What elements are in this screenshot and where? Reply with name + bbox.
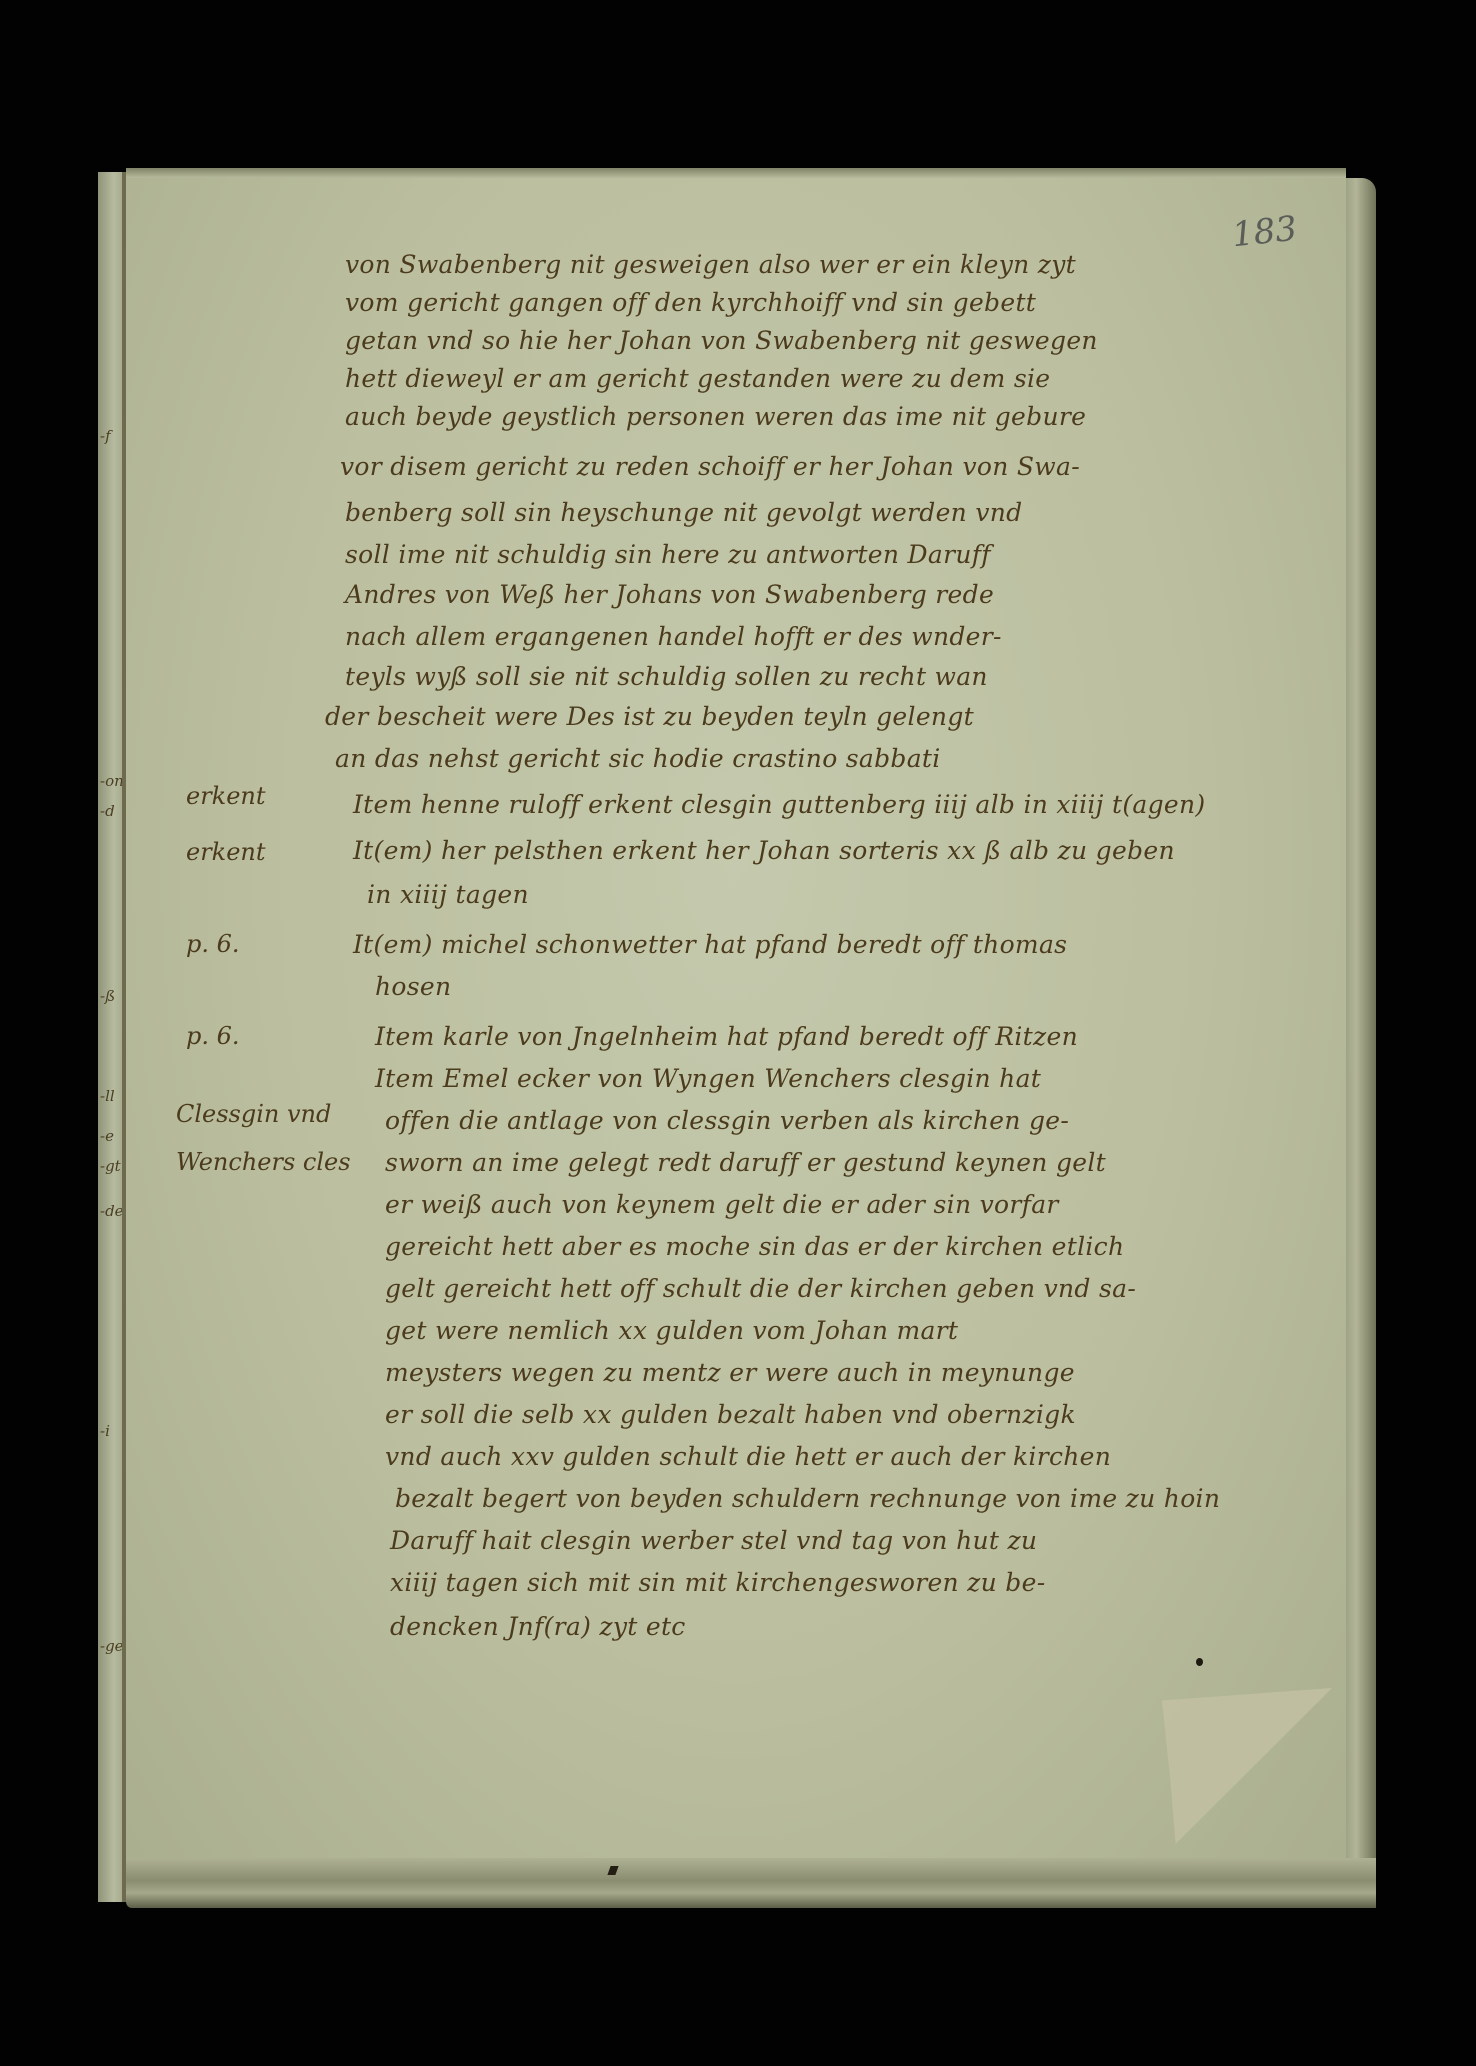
text-line: dencken Jnf(ra) zyt etc bbox=[390, 1612, 686, 1641]
text-line: gereicht hett aber es moche sin das er d… bbox=[385, 1232, 1124, 1261]
text-line: soll ime nit schuldig sin here zu antwor… bbox=[345, 540, 991, 569]
text-line: von Swabenberg nit gesweigen also wer er… bbox=[345, 250, 1076, 279]
text-line: Item henne ruloff erkent clesgin guttenb… bbox=[353, 790, 1205, 819]
text-line: Item karle von Jngelnheim hat pfand bere… bbox=[375, 1022, 1078, 1051]
text-line: benberg soll sin heyschunge nit gevolgt … bbox=[345, 498, 1022, 527]
margin-note: erkent bbox=[186, 838, 266, 866]
text-line: vom gericht gangen off den kyrchhoiff vn… bbox=[345, 288, 1036, 317]
text-line: an das nehst gericht sic hodie crastino … bbox=[335, 744, 941, 773]
text-line: auch beyde geystlich personen weren das … bbox=[345, 402, 1086, 431]
leaf-top-edge bbox=[126, 168, 1346, 178]
text-line: Item Emel ecker von Wyngen Wenchers cles… bbox=[375, 1064, 1041, 1093]
text-line: xiiij tagen sich mit sin mit kirchengesw… bbox=[390, 1568, 1045, 1597]
margin-note: p. 6. bbox=[186, 1022, 240, 1050]
facing-fragment: -gen bbox=[100, 1637, 124, 1655]
text-line: hosen bbox=[375, 972, 451, 1001]
facing-page-edge: -f -on -d -ß -ll -e -gt -de -i -gen bbox=[98, 172, 124, 1902]
margin-note: p. 6. bbox=[186, 930, 240, 958]
text-line: bezalt begert von beyden schuldern rechn… bbox=[395, 1484, 1220, 1513]
facing-fragment: -gt bbox=[100, 1157, 124, 1175]
text-line: get were nemlich xx gulden vom Johan mar… bbox=[385, 1316, 958, 1345]
margin-note: Clessgin vnd bbox=[176, 1100, 331, 1128]
page-stack-bottom-edge bbox=[126, 1858, 1376, 1908]
text-line: vnd auch xxv gulden schult die hett er a… bbox=[385, 1442, 1111, 1471]
folio-number: 183 bbox=[1230, 209, 1299, 256]
facing-fragment: -de bbox=[100, 1202, 124, 1220]
text-line: er weiß auch von keynem gelt die er ader… bbox=[385, 1190, 1059, 1219]
text-line: Daruff hait clesgin werber stel vnd tag … bbox=[390, 1526, 1037, 1555]
text-line: hett dieweyl er am gericht gestanden wer… bbox=[345, 364, 1050, 393]
text-line: teyls wyß soll sie nit schuldig sollen z… bbox=[345, 662, 988, 691]
margin-note: erkent bbox=[186, 782, 266, 810]
facing-fragment: -on bbox=[100, 772, 124, 790]
text-line: It(em) michel schonwetter hat pfand bere… bbox=[353, 930, 1067, 959]
facing-fragment: -e bbox=[100, 1127, 124, 1145]
text-line: nach allem ergangenen handel hofft er de… bbox=[345, 622, 1002, 651]
text-line: gelt gereicht hett off schult die der ki… bbox=[385, 1274, 1136, 1303]
margin-note: Wenchers cles bbox=[176, 1148, 351, 1176]
text-line: getan vnd so hie her Johan von Swabenber… bbox=[345, 326, 1098, 355]
text-line: meysters wegen zu mentz er were auch in … bbox=[385, 1358, 1075, 1387]
text-line: in xiiij tagen bbox=[367, 880, 529, 909]
text-line: sworn an ime gelegt redt daruff er gestu… bbox=[385, 1148, 1106, 1177]
facing-fragment: -ß bbox=[100, 987, 124, 1005]
facing-fragment: -ll bbox=[100, 1087, 124, 1105]
text-line: der bescheit were Des ist zu beyden teyl… bbox=[325, 702, 974, 731]
text-line: er soll die selb xx gulden bezalt haben … bbox=[385, 1400, 1076, 1429]
facing-fragment: -i bbox=[100, 1422, 124, 1440]
facing-page-fragments: -f -on -d -ß -ll -e -gt -de -i -gen bbox=[98, 172, 124, 1902]
text-line: offen die antlage von clessgin verben al… bbox=[385, 1106, 1069, 1135]
text-line: Andres von Weß her Johans von Swabenberg… bbox=[345, 580, 994, 609]
facing-fragment: -d bbox=[100, 802, 124, 820]
text-line: It(em) her pelsthen erkent her Johan sor… bbox=[353, 836, 1175, 865]
ink-dot bbox=[1196, 1658, 1203, 1666]
facing-fragment: -f bbox=[100, 427, 124, 445]
text-line: vor disem gericht zu reden schoiff er he… bbox=[340, 452, 1080, 481]
